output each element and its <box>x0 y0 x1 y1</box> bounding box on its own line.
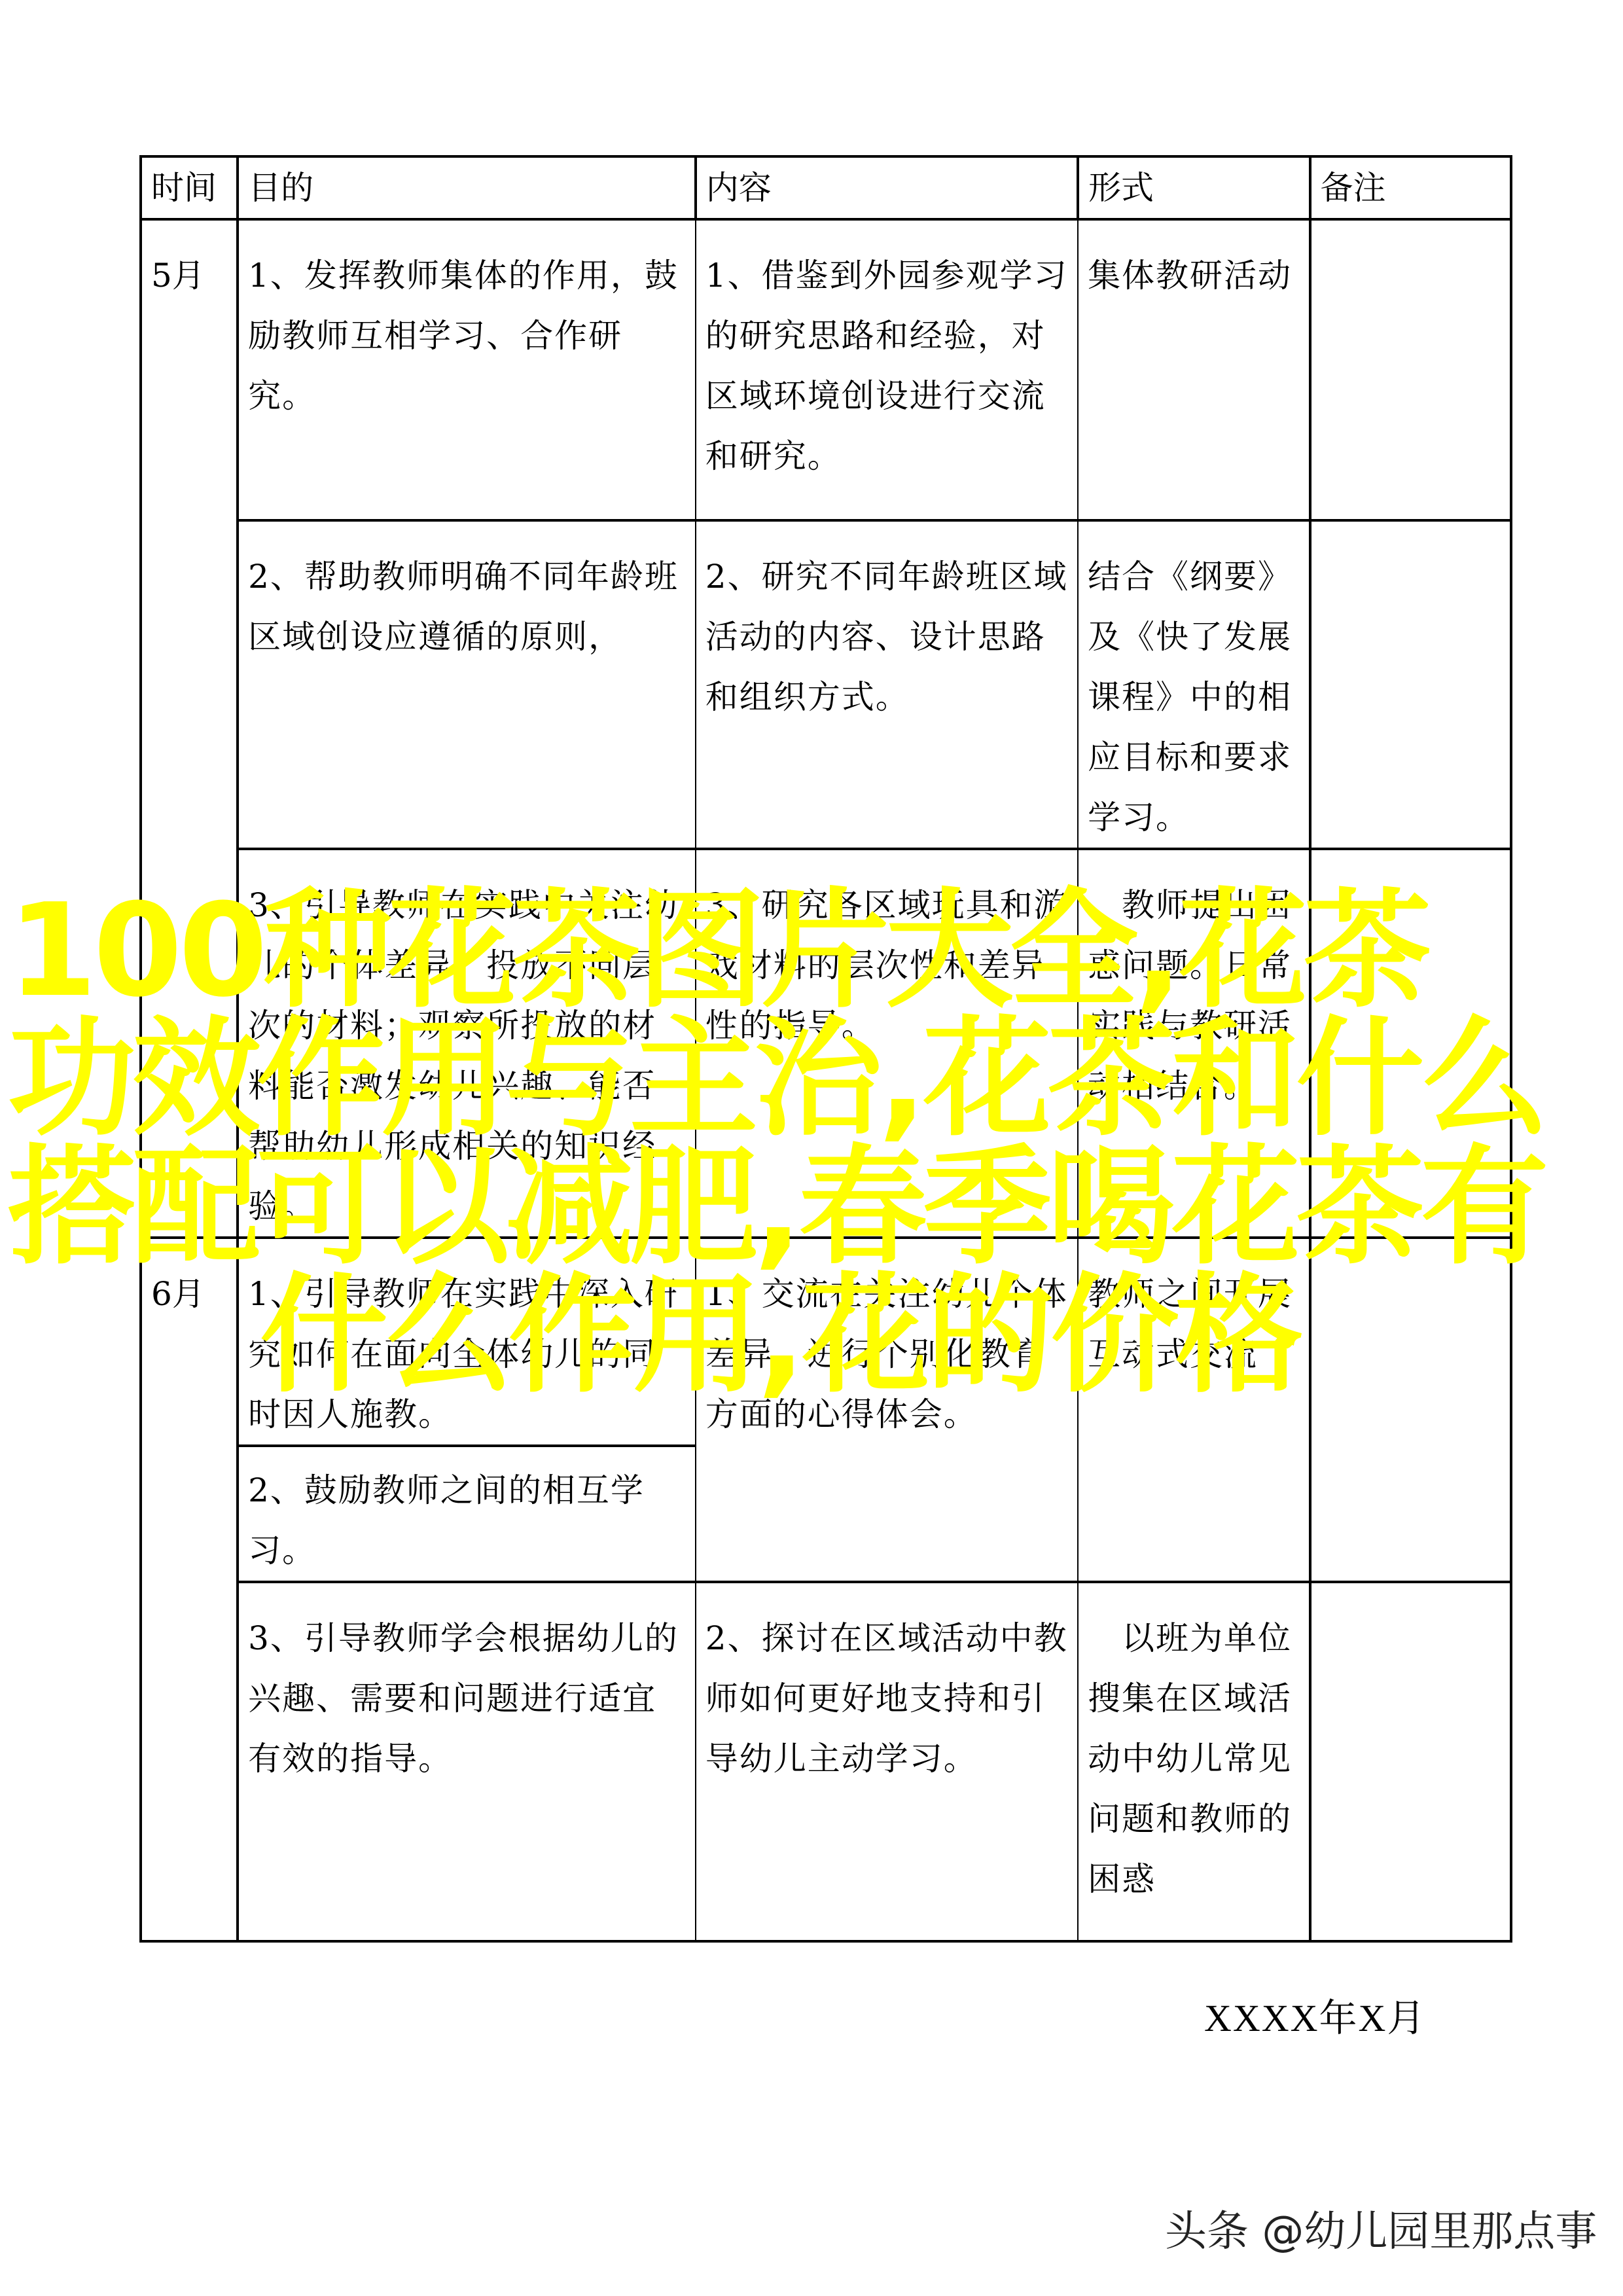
form-cell: 以班为单位搜集在区域活动中幼儿常见问题和教师的困惑 <box>1078 1582 1310 1941</box>
document-date: XXXX年X月 <box>1204 1987 1426 2042</box>
overlay-line: 100种花茶图片大全,花茶 <box>8 887 1623 1015</box>
overlay-line: 什么作用,花的价格 <box>8 1272 1623 1400</box>
content-cell: 1、借鉴到外园参观学习的研究思路和经验，对区域环境创设进行交流和研究。 <box>696 219 1078 520</box>
header-note: 备注 <box>1310 156 1512 219</box>
purpose-cell: 3、引导教师学会根据幼儿的兴趣、需要和问题进行适宜有效的指导。 <box>238 1582 696 1941</box>
header-time: 时间 <box>141 156 238 219</box>
content-cell: 2、研究不同年龄班区域活动的内容、设计思路和组织方式。 <box>696 520 1078 849</box>
note-cell <box>1310 1582 1512 1941</box>
purpose-cell: 2、帮助教师明确不同年龄班区域创设应遵循的原则， <box>238 520 696 849</box>
source-watermark: 头条 @幼儿园里那点事 <box>1165 2198 1597 2258</box>
table-row: 3、引导教师学会根据幼儿的兴趣、需要和问题进行适宜有效的指导。 2、探讨在区域活… <box>141 1582 1511 1941</box>
content-cell: 2、探讨在区域活动中教师如何更好地支持和引导幼儿主动学习。 <box>696 1582 1078 1941</box>
overlay-line: 搭配可以减肥,春季喝花茶有 <box>8 1143 1623 1272</box>
note-cell <box>1310 219 1512 520</box>
table-row: 5月 1、发挥教师集体的作用，鼓励教师互相学习、合作研究。 1、借鉴到外园参观学… <box>141 219 1511 520</box>
form-cell: 集体教研活动 <box>1078 219 1310 520</box>
header-form: 形式 <box>1078 156 1310 219</box>
table-row: 2、帮助教师明确不同年龄班区域创设应遵循的原则， 2、研究不同年龄班区域活动的内… <box>141 520 1511 849</box>
table-header-row: 时间 目的 内容 形式 备注 <box>141 156 1511 219</box>
document-page: 时间 目的 内容 形式 备注 5月 1、发挥教师集体的作用，鼓励教师互相学习、合… <box>0 0 1623 2296</box>
form-cell: 结合《纲要》及《快了发展课程》中的相应目标和要求学习。 <box>1078 520 1310 849</box>
overlay-line: 功效作用与主治,花茶和什么 <box>8 1015 1623 1143</box>
purpose-cell: 2、鼓励教师之间的相互学习。 <box>238 1446 696 1582</box>
header-purpose: 目的 <box>238 156 696 219</box>
note-cell <box>1310 520 1512 849</box>
yellow-title-overlay: 100种花茶图片大全,花茶 功效作用与主治,花茶和什么 搭配可以减肥,春季喝花茶… <box>8 887 1623 1400</box>
header-content: 内容 <box>696 156 1078 219</box>
purpose-cell: 1、发挥教师集体的作用，鼓励教师互相学习、合作研究。 <box>238 219 696 520</box>
month-label: 5月 <box>151 221 227 306</box>
